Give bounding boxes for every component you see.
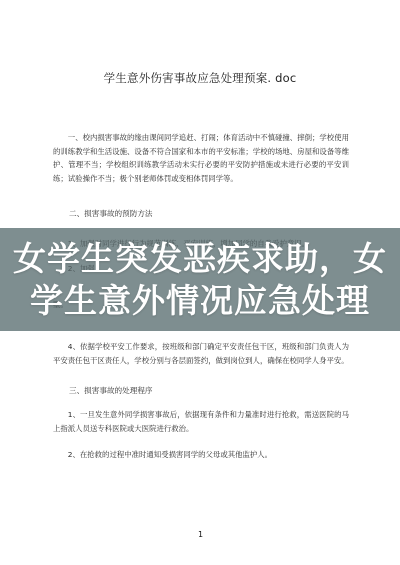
headline-text: 女学生突发恶疾求助，女 学生意外情况应急处理 [0,228,400,331]
section3-item1: 1、一旦发生意外同学损害事故后，依据现有条件和力量准时进行抢救，需送医院的马上指… [53,408,349,435]
headline-line2: 学生意外情况应急处理 [30,280,370,322]
section1-paragraph: 一、校内损害事故的缘由课间同学追赶、打闹；体育活动中不慎碰撞、摔倒；学校使用的训… [53,131,349,185]
section2-heading: 二、损害事故的预防方法 [69,208,153,219]
section3-item2: 2、在抢救的过程中准时通知受损害同学的父母或其他监护人。 [53,448,349,462]
headline-line1: 女学生突发恶疾求助，女 [13,238,387,280]
section3-heading: 三、损害事故的处理程序 [69,385,153,396]
document-title: 学生意外伤害事故应急处理预案. doc [0,70,400,86]
section2-item4: 4、依据学校平安工作要求，按班级和部门确定平安责任包干区，班级和部门负责人为平安… [53,340,349,367]
page-number: 1 [198,530,203,539]
